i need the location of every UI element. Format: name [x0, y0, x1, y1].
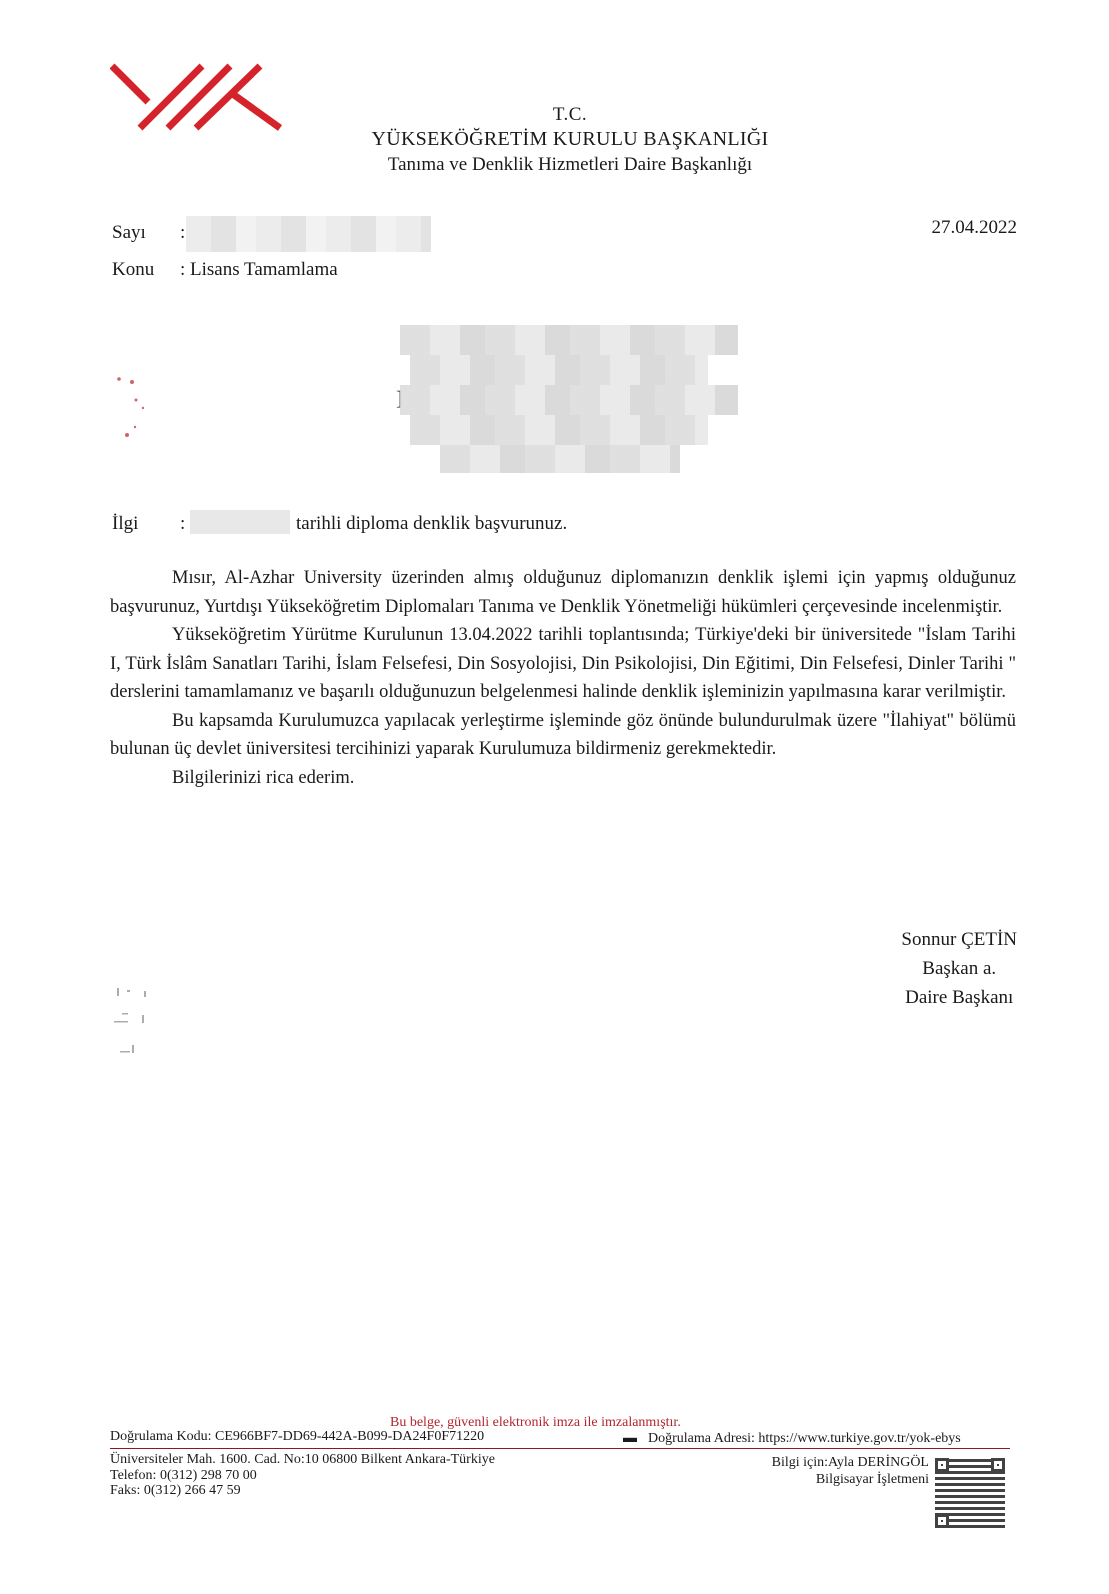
body-paragraph: Bilgilerinizi rica ederim.: [110, 764, 1016, 793]
letter-body: Mısır, Al-Azhar University üzerinden alm…: [110, 564, 1016, 792]
ilgi-redacted-date: [190, 510, 290, 534]
ilgi-label: İlgi: [112, 513, 138, 535]
recipient-redacted: [400, 385, 738, 415]
yok-logo-icon: [110, 62, 285, 132]
sayi-label: Sayı: [112, 222, 146, 244]
info-contact-name: Bilgi için:Ayla DERİNGÖL: [772, 1454, 929, 1471]
footer-fax: Faks: 0(312) 266 47 59: [110, 1483, 495, 1499]
footer-contact: Üniversiteler Mah. 1600. Cad. No:10 0680…: [110, 1452, 495, 1499]
recipient-redacted: [440, 445, 680, 473]
verification-bullet: ▬: [623, 1431, 637, 1447]
sayi-colon: :: [180, 222, 185, 244]
ilgi-value: tarihli diploma denklik başvurunuz.: [296, 513, 567, 535]
footer-address: Üniversiteler Mah. 1600. Cad. No:10 0680…: [110, 1452, 495, 1468]
body-paragraph: Bu kapsamda Kurulumuzca yapılacak yerleş…: [110, 707, 1016, 764]
recipient-redacted: [410, 355, 708, 385]
recipient-redacted: [400, 325, 738, 355]
signer-name: Sonnur ÇETİN: [901, 925, 1017, 954]
qr-code-icon: [935, 1458, 1005, 1528]
verification-address[interactable]: Doğrulama Adresi: https://www.turkiye.go…: [648, 1431, 961, 1447]
document-date: 27.04.2022: [932, 217, 1018, 239]
sayi-redacted-value: [186, 216, 431, 252]
footer-phone: Telefon: 0(312) 298 70 00: [110, 1468, 495, 1484]
department-name: Tanıma ve Denklik Hizmetleri Daire Başka…: [330, 152, 810, 177]
ilgi-colon: :: [180, 513, 185, 535]
info-contact: Bilgi için:Ayla DERİNGÖL Bilgisayar İşle…: [772, 1454, 929, 1488]
konu-value: : Lisans Tamamlama: [180, 259, 338, 281]
verification-code: Doğrulama Kodu: CE966BF7-DD69-442A-B099-…: [110, 1429, 484, 1445]
signature-block: Sonnur ÇETİN Başkan a. Daire Başkanı: [901, 925, 1017, 1012]
recipient-redacted: [410, 415, 708, 445]
country-label: T.C.: [330, 102, 810, 127]
signer-title: Başkan a.: [901, 954, 1017, 983]
stamp-fragment-icon: [112, 375, 157, 445]
body-paragraph: Yükseköğretim Yürütme Kurulunun 13.04.20…: [110, 621, 1016, 707]
info-contact-title: Bilgisayar İşletmeni: [772, 1471, 929, 1488]
konu-label: Konu: [112, 259, 154, 281]
letterhead: T.C. YÜKSEKÖĞRETİM KURULU BAŞKANLIĞI Tan…: [330, 102, 810, 177]
scan-artifact-icon: [112, 985, 157, 1060]
signer-department: Daire Başkanı: [901, 983, 1017, 1012]
institution-name: YÜKSEKÖĞRETİM KURULU BAŞKANLIĞI: [330, 127, 810, 152]
footer-divider: [110, 1448, 1010, 1449]
body-paragraph: Mısır, Al-Azhar University üzerinden alm…: [110, 564, 1016, 621]
